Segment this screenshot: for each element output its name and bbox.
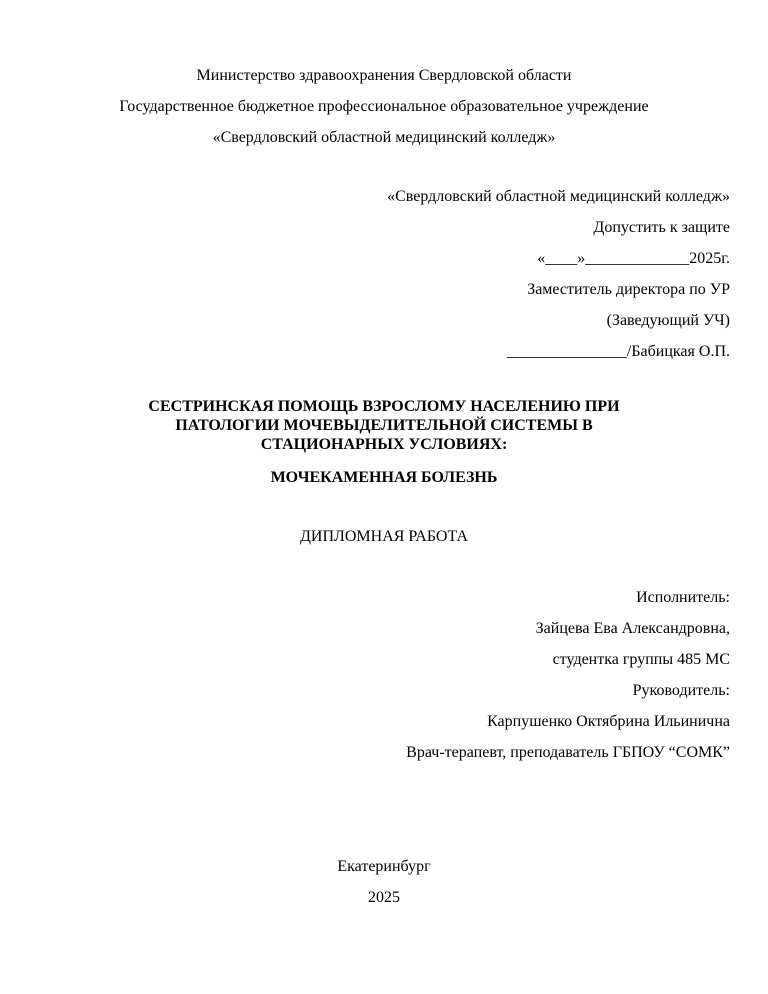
approval-position: Заместитель директора по УР — [527, 280, 730, 300]
title-line-1: СЕСТРИНСКАЯ ПОМОЩЬ ВЗРОСЛОМУ НАСЕЛЕНИЮ П… — [0, 398, 768, 416]
year: 2025 — [0, 888, 768, 908]
approval-admit: Допустить к защите — [593, 218, 730, 238]
approval-signature: _______________/Бабицкая О.П. — [507, 342, 730, 362]
executor-label: Исполнитель: — [636, 588, 730, 608]
college-name: «Свердловский областной медицинский колл… — [0, 128, 768, 148]
institution-type: Государственное бюджетное профессиональн… — [0, 97, 768, 117]
approval-date-line: «____»_____________2025г. — [537, 249, 730, 269]
executor-group: студентка группы 485 МС — [553, 650, 730, 670]
executor-name: Зайцева Ева Александровна, — [536, 619, 730, 639]
title-line-3: СТАЦИОНАРНЫХ УСЛОВИЯХ: — [0, 436, 768, 454]
title-subtitle: МОЧЕКАМЕННАЯ БОЛЕЗНЬ — [0, 469, 768, 487]
title-line-2: ПАТОЛОГИИ МОЧЕВЫДЕЛИТЕЛЬНОЙ СИСТЕМЫ В — [0, 417, 768, 435]
work-type: ДИПЛОМНАЯ РАБОТА — [0, 527, 768, 547]
ministry-name: Министерство здравоохранения Свердловско… — [0, 66, 768, 86]
supervisor-label: Руководитель: — [633, 681, 730, 701]
city: Екатеринбург — [0, 857, 768, 877]
approval-college: «Свердловский областной медицинский колл… — [387, 187, 730, 207]
supervisor-name: Карпушенко Октябрина Ильинична — [487, 712, 730, 732]
supervisor-position: Врач-терапевт, преподаватель ГБПОУ “СОМК… — [406, 743, 730, 763]
approval-position-note: (Заведующий УЧ) — [607, 311, 730, 331]
